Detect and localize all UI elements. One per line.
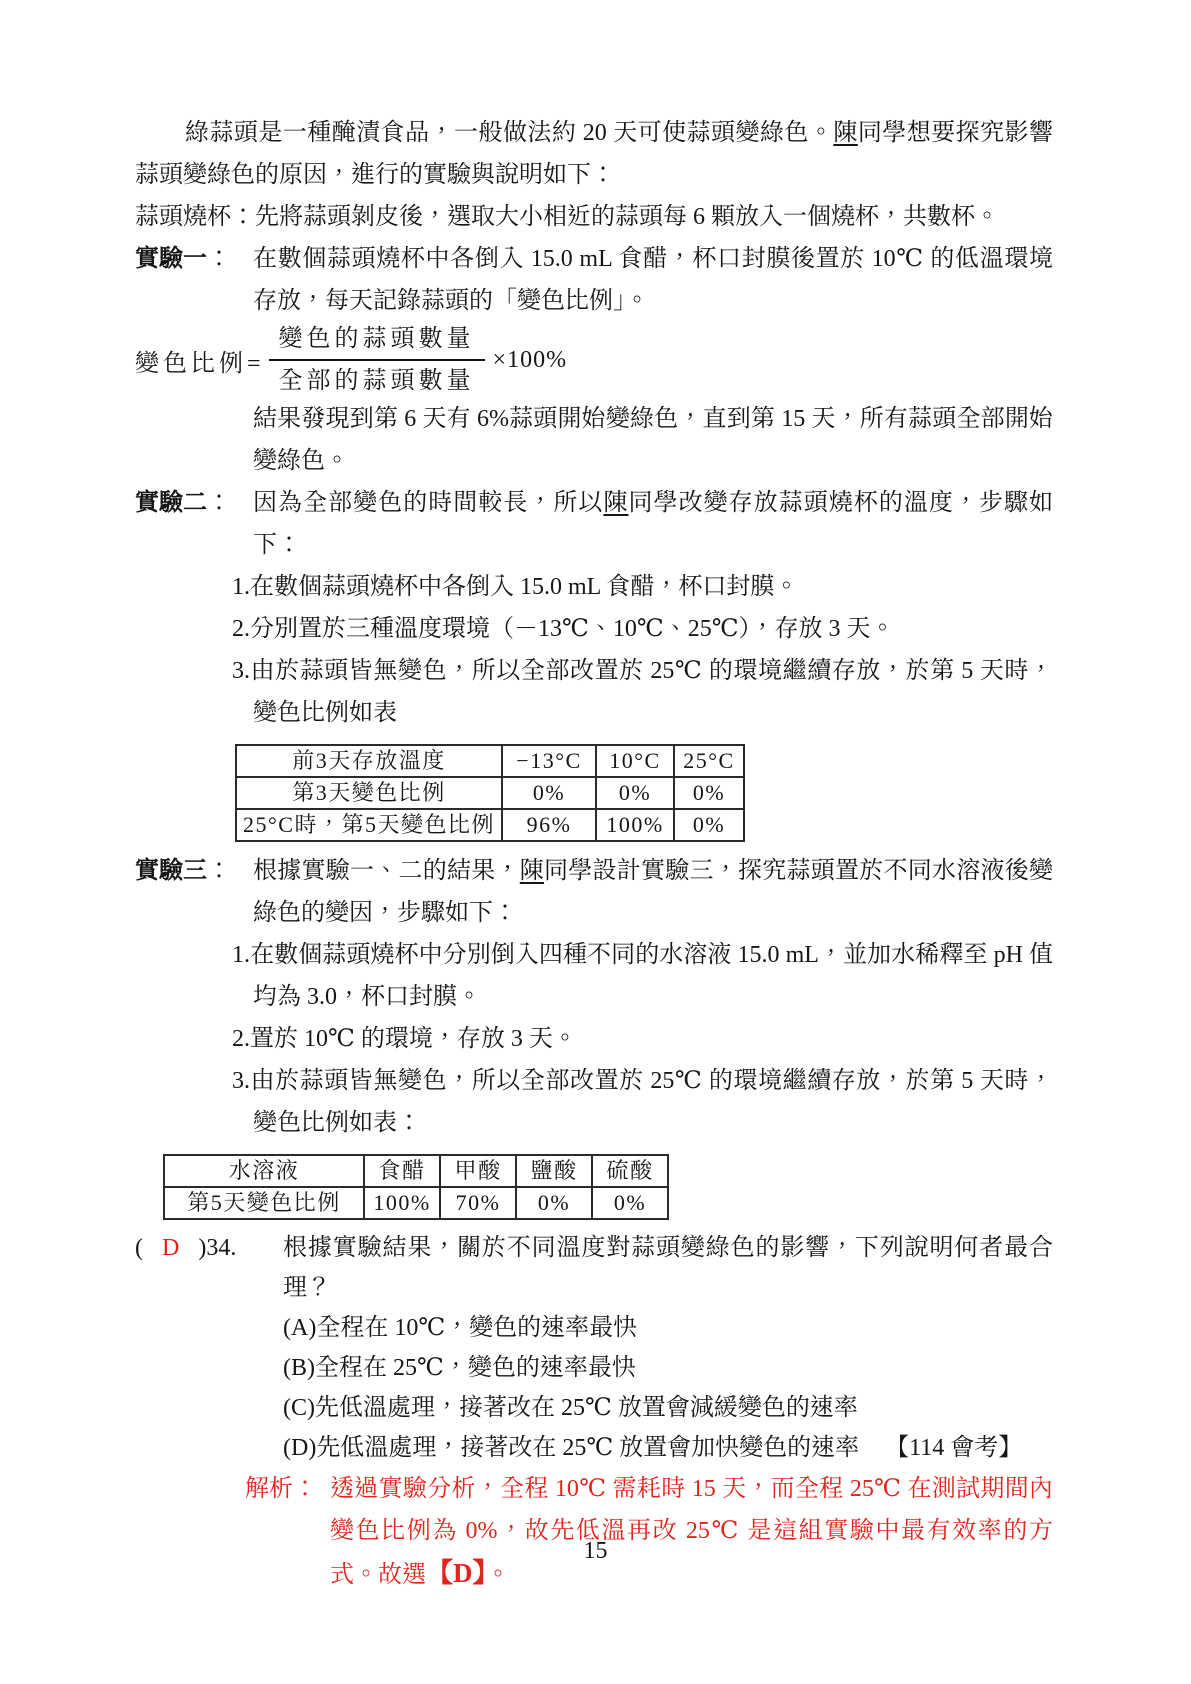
table-cell: 前3天存放溫度	[236, 745, 502, 777]
student-name: 陳	[603, 490, 628, 516]
experiment-3-title: 實驗三	[135, 858, 207, 884]
experiment-3-step-2: 2.置於 10℃ 的環境，存放 3 天。	[135, 1018, 1053, 1060]
experiment-1: 實驗一： 在數個蒜頭燒杯中各倒入 15.0 mL 食醋，杯口封膜後置於 10℃ …	[135, 238, 1053, 322]
table-cell: 100%	[596, 809, 674, 841]
student-name: 陳	[520, 858, 544, 884]
experiment-1-colon: ：	[207, 246, 231, 272]
table-cell: 甲酸	[440, 1155, 516, 1187]
beaker-setup-line: 蒜頭燒杯：先將蒜頭剝皮後，選取大小相近的蒜頭每 6 顆放入一個燒杯，共數杯。	[135, 196, 1053, 238]
intro-paragraph: 綠蒜頭是一種醃漬食品，一般做法約 20 天可使蒜頭變綠色。陳同學想要探究影響蒜頭…	[135, 112, 1053, 196]
experiment-3-step-3: 3.由於蒜頭皆無變色，所以全部改置於 25℃ 的環境繼續存放，於第 5 天時，變…	[135, 1060, 1053, 1144]
experiment-3-colon: ：	[207, 858, 231, 884]
experiment-1-label: 實驗一：	[135, 238, 231, 280]
answer-letter: D	[162, 1235, 179, 1261]
experiment-1-title: 實驗一	[135, 246, 207, 272]
table-cell: 25°C時，第5天變色比例	[236, 809, 502, 841]
experiment-2-colon: ：	[207, 490, 231, 516]
temperature-result-table: 前3天存放溫度 −13°C 10°C 25°C 第3天變色比例 0% 0% 0%…	[235, 744, 745, 842]
formula-denominator: 全部的蒜頭數量	[269, 361, 485, 398]
table-cell: 硫酸	[592, 1155, 668, 1187]
formula-lhs: 變色比例=	[135, 343, 265, 378]
experiment-3-label: 實驗三：	[135, 850, 231, 892]
option-d: (D)先低溫處理，接著改在 25℃ 放置會加快變色的速率 【114 會考】	[135, 1428, 1053, 1468]
exam-source-tag: 【114 會考】	[885, 1435, 1022, 1461]
table-cell: 70%	[440, 1187, 516, 1219]
table-cell: 10°C	[596, 745, 674, 777]
option-d-text: (D)先低溫處理，接著改在 25℃ 放置會加快變色的速率	[283, 1435, 859, 1461]
experiment-2-label: 實驗二：	[135, 482, 231, 524]
experiment-3-step-1: 1.在數個蒜頭燒杯中分別倒入四種不同的水溶液 15.0 mL，並加水稀釋至 pH…	[135, 934, 1053, 1018]
experiment-2-step-2: 2.分別置於三種溫度環境（－13℃、10℃、25℃），存放 3 天。	[135, 608, 1053, 650]
intro-text-1: 綠蒜頭是一種醃漬食品，一般做法約 20 天可使蒜頭變綠色。	[185, 120, 833, 146]
option-b: (B)全程在 25℃，變色的速率最快	[135, 1348, 1053, 1388]
experiment-2-title: 實驗二	[135, 490, 207, 516]
analysis-block: 解析： 透過實驗分析，全程 10℃ 需耗時 15 天，而全程 25℃ 在測試期間…	[135, 1468, 1053, 1596]
analysis-text-end: 。	[486, 1562, 510, 1588]
table-cell: 25°C	[674, 745, 744, 777]
student-name: 陳	[833, 120, 857, 146]
color-ratio-formula: 變色比例= 變色的蒜頭數量 全部的蒜頭數量 ×100%	[135, 322, 1053, 398]
table-cell: 食醋	[364, 1155, 440, 1187]
table-cell: −13°C	[502, 745, 596, 777]
experiment-2-step-1: 1.在數個蒜頭燒杯中各倒入 15.0 mL 食醋，杯口封膜。	[135, 566, 1053, 608]
experiment-2-text-1: 因為全部變色的時間較長，所以	[253, 490, 603, 516]
option-c: (C)先低溫處理，接著改在 25℃ 放置會減緩變色的速率	[135, 1388, 1053, 1428]
table-cell: 0%	[674, 809, 744, 841]
experiment-3-text-1: 根據實驗一、二的結果，	[253, 858, 520, 884]
page-number: 15	[0, 1538, 1191, 1565]
experiment-1-result: 結果發現到第 6 天有 6%蒜頭開始變綠色，直到第 15 天，所有蒜頭全部開始變…	[135, 398, 1053, 482]
table-cell: 0%	[596, 777, 674, 809]
table-cell: 鹽酸	[516, 1155, 592, 1187]
solution-result-table: 水溶液 食醋 甲酸 鹽酸 硫酸 第5天變色比例 100% 70% 0% 0%	[163, 1154, 669, 1220]
document-page: 綠蒜頭是一種醃漬食品，一般做法約 20 天可使蒜頭變綠色。陳同學想要探究影響蒜頭…	[0, 0, 1191, 1684]
question-answer-slot: (D)34.	[135, 1228, 236, 1268]
experiment-3: 實驗三： 根據實驗一、二的結果，陳同學設計實驗三，探究蒜頭置於不同水溶液後變綠色…	[135, 850, 1053, 934]
question-text: 根據實驗結果，關於不同溫度對蒜頭變綠色的影響，下列說明何者最合理？	[283, 1235, 1053, 1301]
table-cell: 0%	[516, 1187, 592, 1219]
question-number: 34.	[206, 1235, 236, 1261]
formula-numerator: 變色的蒜頭數量	[269, 322, 485, 361]
table-row: 前3天存放溫度 −13°C 10°C 25°C	[236, 745, 744, 777]
table-cell: 96%	[502, 809, 596, 841]
formula-rhs: ×100%	[493, 347, 568, 374]
table-row: 第3天變色比例 0% 0% 0%	[236, 777, 744, 809]
table-cell: 第5天變色比例	[164, 1187, 364, 1219]
experiment-2: 實驗二： 因為全部變色的時間較長，所以陳同學改變存放蒜頭燒杯的溫度，步驟如下：	[135, 482, 1053, 566]
table-cell: 水溶液	[164, 1155, 364, 1187]
open-paren: (	[135, 1235, 143, 1261]
table-cell: 0%	[592, 1187, 668, 1219]
experiment-1-text: 在數個蒜頭燒杯中各倒入 15.0 mL 食醋，杯口封膜後置於 10℃ 的低溫環境…	[253, 246, 1053, 314]
experiment-2-step-3: 3.由於蒜頭皆無變色，所以全部改置於 25℃ 的環境繼續存放，於第 5 天時，變…	[135, 650, 1053, 734]
table-row: 第5天變色比例 100% 70% 0% 0%	[164, 1187, 668, 1219]
table-cell: 0%	[502, 777, 596, 809]
table-cell: 第3天變色比例	[236, 777, 502, 809]
table-row: 水溶液 食醋 甲酸 鹽酸 硫酸	[164, 1155, 668, 1187]
analysis-label: 解析：	[245, 1468, 317, 1510]
formula-fraction: 變色的蒜頭數量 全部的蒜頭數量	[269, 322, 485, 398]
table-row: 25°C時，第5天變色比例 96% 100% 0%	[236, 809, 744, 841]
question-34: (D)34. 根據實驗結果，關於不同溫度對蒜頭變綠色的影響，下列說明何者最合理？	[135, 1228, 1053, 1308]
option-a: (A)全程在 10℃，變色的速率最快	[135, 1308, 1053, 1348]
table-cell: 100%	[364, 1187, 440, 1219]
table-cell: 0%	[674, 777, 744, 809]
